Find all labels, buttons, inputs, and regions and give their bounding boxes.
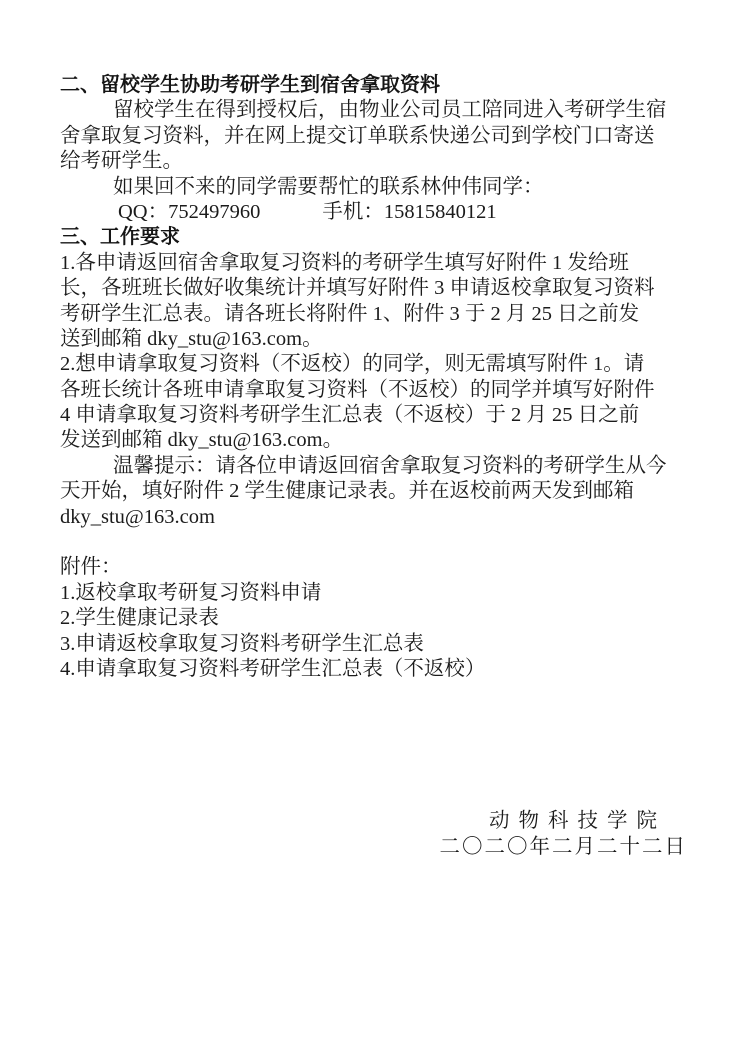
section-3-heading: 三、工作要求 (60, 225, 690, 250)
blank-line (60, 759, 690, 784)
text-line: 舍拿取复习资料，并在网上提交订单联系快递公司到学校门口寄送 (60, 124, 690, 149)
work-requirement-item-1: 1.各申请返回宿舍拿取复习资料的考研学生填写好附件 1 发给班长，各班班长做好收… (60, 251, 690, 353)
signature-organization: 动物科技学院 (60, 809, 690, 834)
blank-line (60, 682, 690, 707)
blank-line (60, 708, 690, 733)
text-line: 4.申请拿取复习资料考研学生汇总表（不返校） (60, 657, 690, 682)
text-line: 1.各申请返回宿舍拿取复习资料的考研学生填写好附件 1 发给班 (60, 251, 690, 276)
qq-label: QQ： (118, 201, 168, 223)
text-line: 长，各班班长做好收集统计并填写好附件 3 申请返校拿取复习资料 (60, 276, 690, 301)
phone-number: 15815840121 (384, 201, 497, 223)
attachments-list: 1.返校拿取考研复习资料申请2.学生健康记录表3.申请返校拿取复习资料考研学生汇… (60, 581, 690, 683)
text-line: 天开始，填好附件 2 学生健康记录表。并在返校前两天发到邮箱 (60, 479, 690, 504)
document-page: 二、留校学生协助考研学生到宿舍拿取资料 留校学生在得到授权后，由物业公司员工陪同… (0, 0, 743, 1052)
text-line: 留校学生在得到授权后，由物业公司员工陪同进入考研学生宿 (60, 98, 690, 123)
warm-tip-paragraph: 温馨提示：请各位申请返回宿舍拿取复习资料的考研学生从今天开始，填好附件 2 学生… (60, 454, 690, 530)
text-line: dky_stu@163.com (60, 505, 690, 530)
blank-line (60, 733, 690, 758)
qq-number: 752497960 (168, 201, 260, 223)
signature-block: 动物科技学院 二〇二〇年二月二十二日 (60, 809, 690, 860)
text-line: 3.申请返校拿取复习资料考研学生汇总表 (60, 632, 690, 657)
text-line: 温馨提示：请各位申请返回宿舍拿取复习资料的考研学生从今 (60, 454, 690, 479)
contact-line: QQ：752497960手机：15815840121 (60, 200, 690, 225)
text-line: 4 申请拿取复习资料考研学生汇总表（不返校）于 2 月 25 日之前 (60, 403, 690, 428)
text-line: 1.返校拿取考研复习资料申请 (60, 581, 690, 606)
signature-date: 二〇二〇年二月二十二日 (60, 835, 690, 860)
text-line: 如果回不来的同学需要帮忙的联系林仲伟同学： (60, 175, 690, 200)
section-2-paragraph-contact-intro: 如果回不来的同学需要帮忙的联系林仲伟同学： (60, 175, 690, 200)
text-line: 2.学生健康记录表 (60, 606, 690, 631)
document-body: 二、留校学生协助考研学生到宿舍拿取资料 留校学生在得到授权后，由物业公司员工陪同… (60, 73, 690, 860)
blank-line (60, 784, 690, 809)
section-2-heading: 二、留校学生协助考研学生到宿舍拿取资料 (60, 73, 690, 98)
section-2-paragraph-authorization: 留校学生在得到授权后，由物业公司员工陪同进入考研学生宿舍拿取复习资料，并在网上提… (60, 98, 690, 174)
phone-label: 手机： (322, 201, 384, 223)
text-line: 各班长统计各班申请拿取复习资料（不返校）的同学并填写好附件 (60, 378, 690, 403)
work-requirement-item-2: 2.想申请拿取复习资料（不返校）的同学，则无需填写附件 1。请各班长统计各班申请… (60, 352, 690, 454)
blank-line (60, 530, 690, 555)
text-line: 给考研学生。 (60, 149, 690, 174)
text-line: 考研学生汇总表。请各班长将附件 1、附件 3 于 2 月 25 日之前发 (60, 302, 690, 327)
text-line: 发送到邮箱 dky_stu@163.com。 (60, 428, 690, 453)
attachments-label: 附件： (60, 555, 690, 580)
text-line: 送到邮箱 dky_stu@163.com。 (60, 327, 690, 352)
text-line: 2.想申请拿取复习资料（不返校）的同学，则无需填写附件 1。请 (60, 352, 690, 377)
